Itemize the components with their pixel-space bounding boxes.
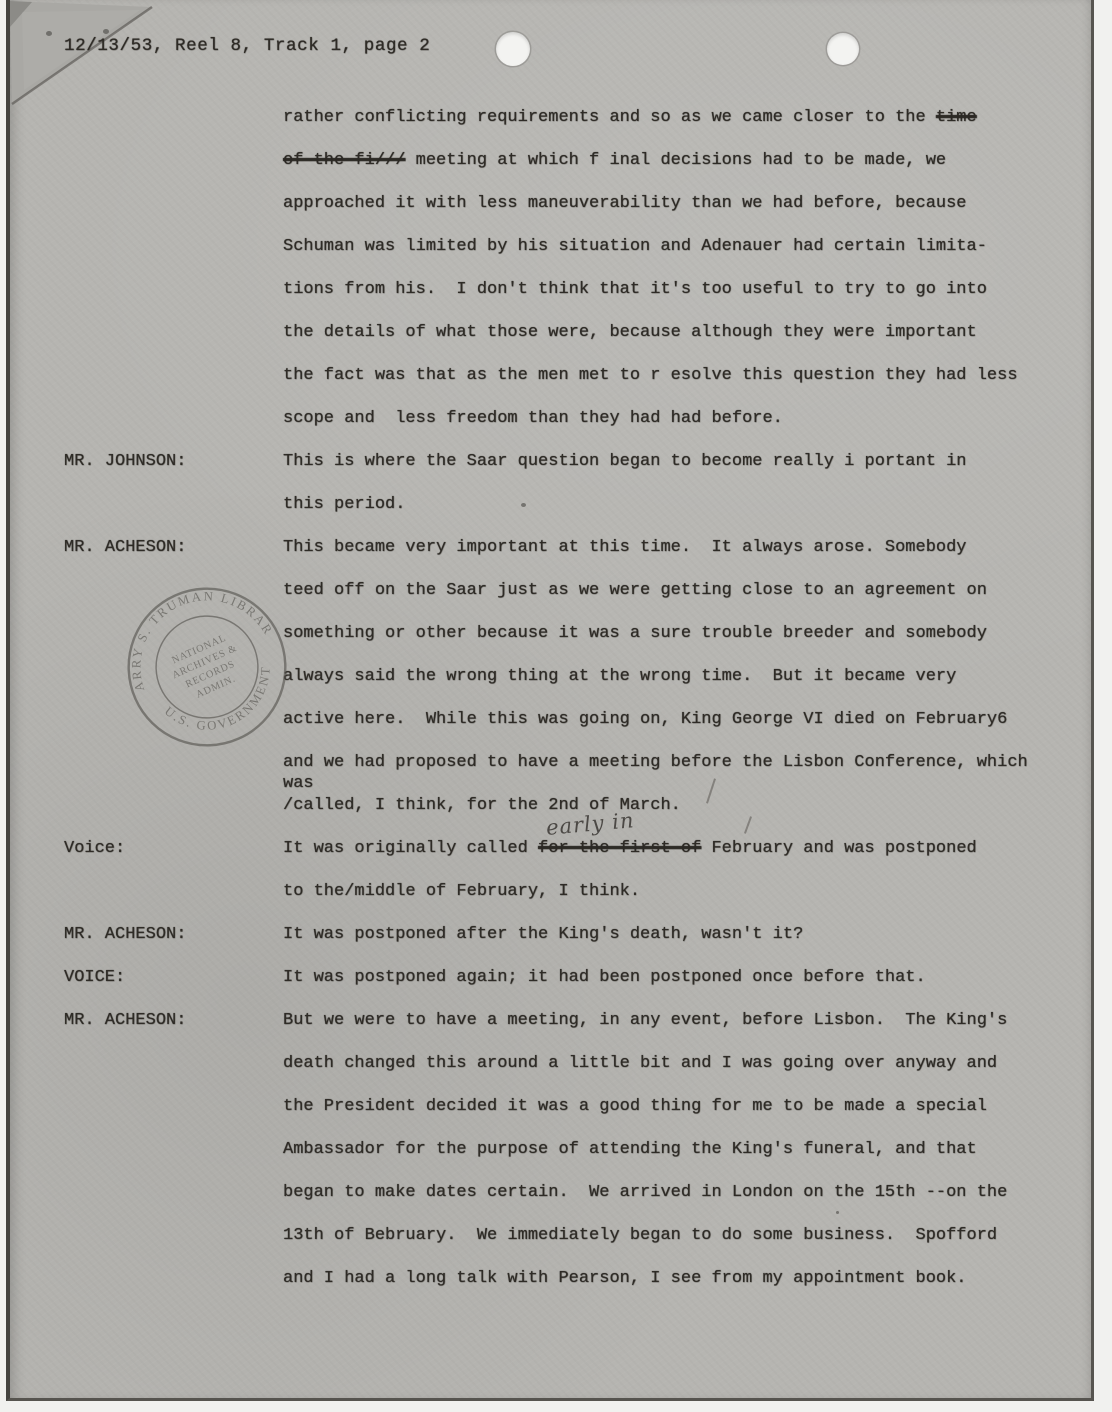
line-text: 13th of Bebruary. We immediately began t…: [283, 1214, 1068, 1257]
line-text: scope and less freedom than they had had…: [283, 397, 1068, 440]
speaker-label: [64, 1214, 283, 1257]
line-text: always said the wrong thing at the wrong…: [283, 655, 1068, 698]
text-run: death changed this around a little bit a…: [283, 1054, 997, 1073]
text-run: always said the wrong thing at the wrong…: [283, 667, 956, 686]
speaker-label: [64, 139, 283, 182]
line-text: and we had proposed to have a meeting be…: [283, 741, 1068, 784]
text-run: But we were to have a meeting, in any ev…: [283, 1011, 1007, 1030]
transcript-line: tions from his. I don't think that it's …: [64, 268, 1068, 311]
speaker-label: MR. ACHESON:: [64, 913, 283, 956]
paper-speck: [427, 117, 430, 120]
line-text: This is where the Saar question began to…: [283, 440, 1068, 483]
speaker-label: MR. ACHESON:: [64, 999, 283, 1042]
line-text: the details of what those were, because …: [283, 311, 1068, 354]
text-run: This became very important at this time.…: [283, 538, 967, 557]
text-run: the President decided it was a good thin…: [283, 1097, 987, 1116]
strikethrough-text: of the fi///: [283, 151, 405, 170]
text-run: tions from his. I don't think that it's …: [283, 280, 987, 299]
line-text: rather conflicting requirements and so a…: [283, 96, 1068, 139]
text-run: meeting at which f inal decisions had to…: [405, 151, 946, 170]
transcript-line: Schuman was limited by his situation and…: [64, 225, 1068, 268]
text-run: It was postponed after the King's death,…: [283, 925, 803, 944]
transcript-line: the President decided it was a good thin…: [64, 1085, 1068, 1128]
text-run: This is where the Saar question began to…: [283, 452, 967, 471]
line-text: active here. While this was going on, Ki…: [283, 698, 1068, 741]
inserted-word: was: [283, 762, 314, 805]
speaker-label: Voice:: [64, 827, 283, 870]
text-run: rather conflicting requirements and so a…: [283, 108, 936, 127]
text-run: February and was postponed: [701, 839, 976, 858]
speaker-label: [64, 397, 283, 440]
text-run: began to make dates certain. We arrived …: [283, 1183, 1007, 1202]
line-text: It was postponed again; it had been post…: [283, 956, 1068, 999]
speaker-label: [64, 268, 283, 311]
speaker-label: VOICE:: [64, 956, 283, 999]
paper-speck: [521, 503, 526, 507]
speaker-label: [64, 1042, 283, 1085]
speaker-label: MR. JOHNSON:: [64, 440, 283, 483]
line-text: teed off on the Saar just as we were get…: [283, 569, 1068, 612]
transcript-line: scope and less freedom than they had had…: [64, 397, 1068, 440]
transcript-line: VOICE:It was postponed again; it had bee…: [64, 956, 1068, 999]
line-text: tions from his. I don't think that it's …: [283, 268, 1068, 311]
strikethrough-text: for the first of: [538, 839, 701, 858]
line-text: the President decided it was a good thin…: [283, 1085, 1068, 1128]
speaker-label: [64, 96, 283, 139]
line-text: It was originally called for the first o…: [283, 827, 1068, 870]
text-run: It was originally called: [283, 839, 538, 858]
hole-punch-right: [827, 33, 859, 65]
transcript-line: rather conflicting requirements and so a…: [64, 96, 1068, 139]
line-text: It was postponed after the King's death,…: [283, 913, 1068, 956]
speaker-label: [64, 182, 283, 225]
line-text: This became very important at this time.…: [283, 526, 1068, 569]
transcript-line: Ambassador for the purpose of attending …: [64, 1128, 1068, 1171]
transcript-line: death changed this around a little bit a…: [64, 1042, 1068, 1085]
text-run: teed off on the Saar just as we were get…: [283, 581, 987, 600]
text-run: Ambassador for the purpose of attending …: [283, 1140, 977, 1159]
speaker-label: [64, 311, 283, 354]
speaker-label: [64, 483, 283, 526]
paper-speck: [836, 1211, 839, 1214]
page-header: 12/13/53, Reel 8, Track 1, page 2: [64, 36, 430, 56]
line-text: and I had a long talk with Pearson, I se…: [283, 1257, 1068, 1300]
text-run: this period.: [283, 495, 405, 514]
transcript-line: this period.: [64, 483, 1068, 526]
text-run: active here. While this was going on, Ki…: [283, 710, 1007, 729]
line-text: the fact was that as the men met to r es…: [283, 354, 1068, 397]
line-text: approached it with less maneuverability …: [283, 182, 1068, 225]
transcript-line: MR. ACHESON:But we were to have a meetin…: [64, 999, 1068, 1042]
strikethrough-text: time: [936, 108, 977, 127]
line-text: this period.: [283, 483, 1068, 526]
line-text: Ambassador for the purpose of attending …: [283, 1128, 1068, 1171]
text-run: scope and less freedom than they had had…: [283, 409, 783, 428]
text-run: the fact was that as the men met to r es…: [283, 366, 1018, 385]
text-run: and I had a long talk with Pearson, I se…: [283, 1269, 967, 1288]
speaker-label: [64, 870, 283, 913]
paper-speck: [103, 29, 109, 34]
transcript-line: approached it with less maneuverability …: [64, 182, 1068, 225]
annotated-run: for the first ofearly in: [538, 839, 701, 858]
transcript-line: and I had a long talk with Pearson, I se…: [64, 1257, 1068, 1300]
transcript-line: to the/middle of February, I think.: [64, 870, 1068, 913]
line-text: something or other because it was a sure…: [283, 612, 1068, 655]
speaker-label: [64, 1128, 283, 1171]
text-run: and we had proposed to have a meeting be…: [283, 753, 1028, 772]
line-text: of the fi/// meeting at which f inal dec…: [283, 139, 1068, 182]
text-run: 13th of Bebruary. We immediately began t…: [283, 1226, 997, 1245]
text-run: something or other because it was a sure…: [283, 624, 987, 643]
text-run: to the/middle of February, I think.: [283, 882, 640, 901]
speaker-label: [64, 1085, 283, 1128]
hole-punch-left: [496, 32, 530, 66]
text-run: the details of what those were, because …: [283, 323, 977, 342]
paper-speck: [46, 31, 52, 36]
transcript-line: 13th of Bebruary. We immediately began t…: [64, 1214, 1068, 1257]
line-text: death changed this around a little bit a…: [283, 1042, 1068, 1085]
line-text: Schuman was limited by his situation and…: [283, 225, 1068, 268]
line-text: But we were to have a meeting, in any ev…: [283, 999, 1068, 1042]
transcript-line: MR. JOHNSON:This is where the Saar quest…: [64, 440, 1068, 483]
transcript-line: Voice:It was originally called for the f…: [64, 827, 1068, 870]
text-run: Schuman was limited by his situation and…: [283, 237, 987, 256]
transcript-line: the details of what those were, because …: [64, 311, 1068, 354]
speaker-label: [64, 1171, 283, 1214]
speaker-label: [64, 784, 283, 827]
text-run: It was postponed again; it had been post…: [283, 968, 926, 987]
transcript-line: of the fi/// meeting at which f inal dec…: [64, 139, 1068, 182]
transcript-line: MR. ACHESON:It was postponed after the K…: [64, 913, 1068, 956]
line-text: was/called, I think, for the 2nd of Marc…: [283, 784, 1068, 827]
speaker-label: [64, 1257, 283, 1300]
line-text: to the/middle of February, I think.: [283, 870, 1068, 913]
speaker-label: [64, 354, 283, 397]
text-run: approached it with less maneuverability …: [283, 194, 967, 213]
speaker-label: [64, 225, 283, 268]
line-text: began to make dates certain. We arrived …: [283, 1171, 1068, 1214]
transcript-line: began to make dates certain. We arrived …: [64, 1171, 1068, 1214]
transcript-line: the fact was that as the men met to r es…: [64, 354, 1068, 397]
